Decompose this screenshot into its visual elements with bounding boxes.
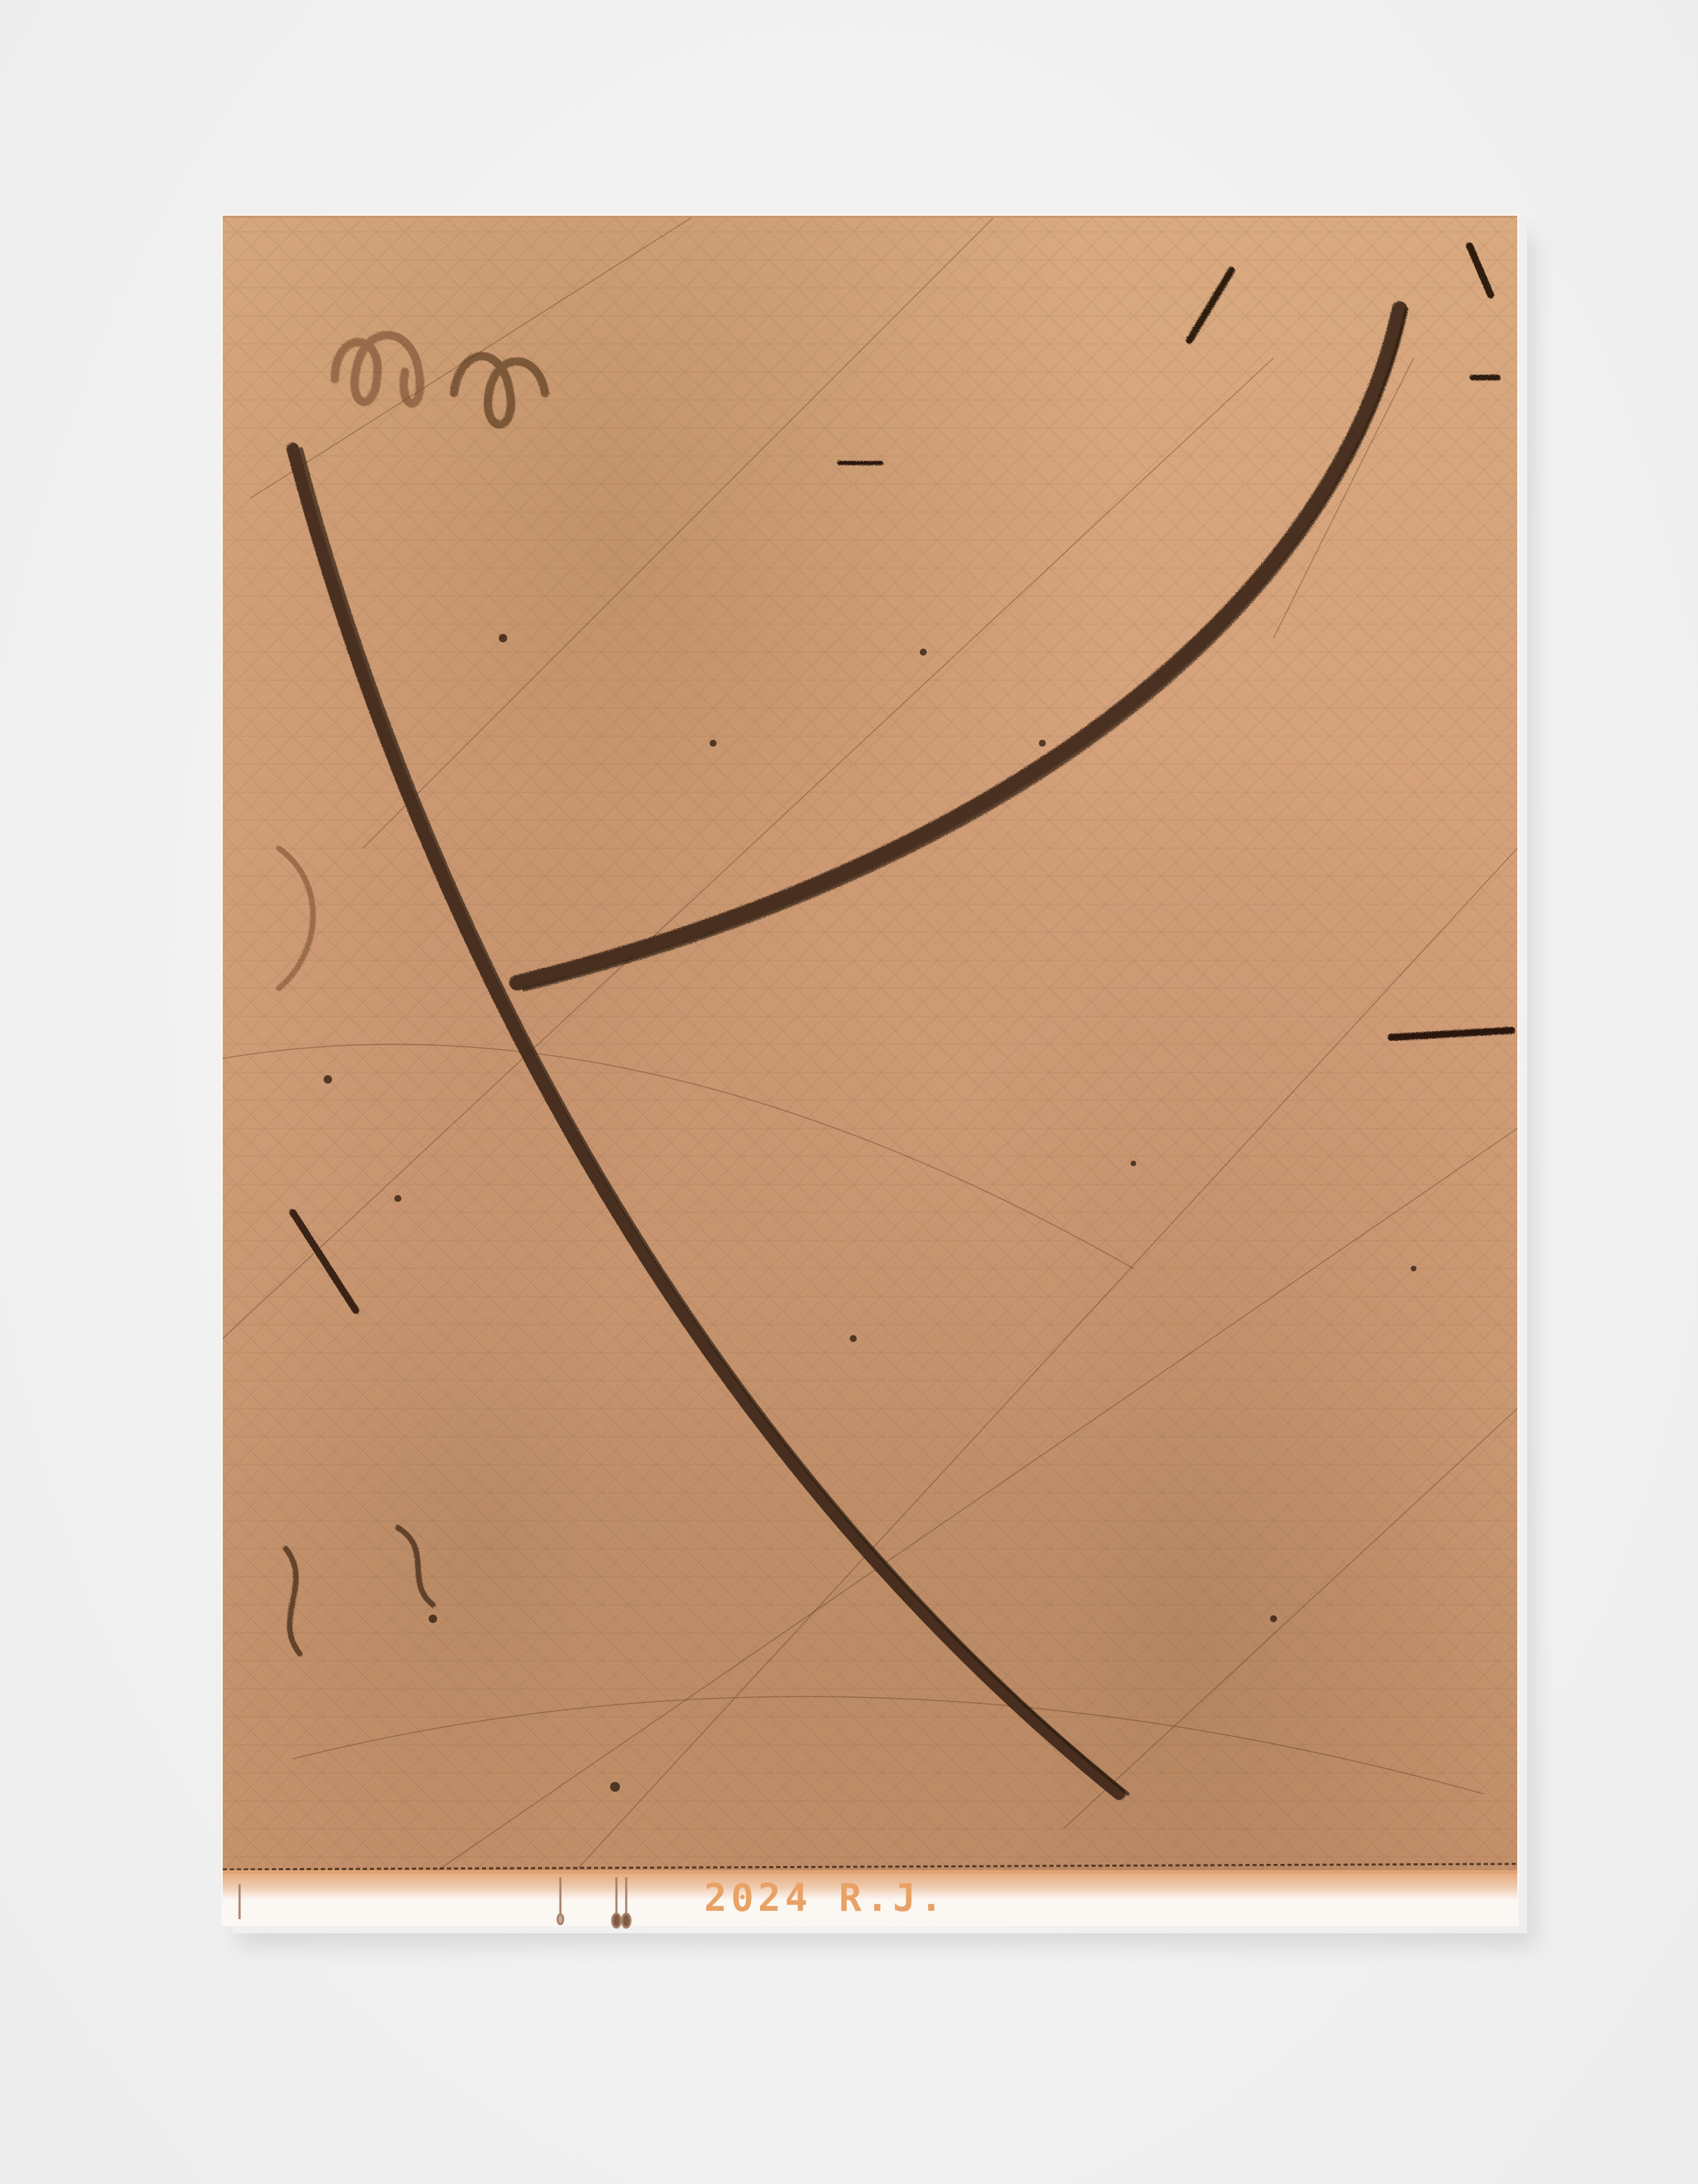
paint-drips bbox=[0, 0, 1698, 2184]
artist-signature: 2024 R.J. bbox=[704, 1876, 947, 1920]
